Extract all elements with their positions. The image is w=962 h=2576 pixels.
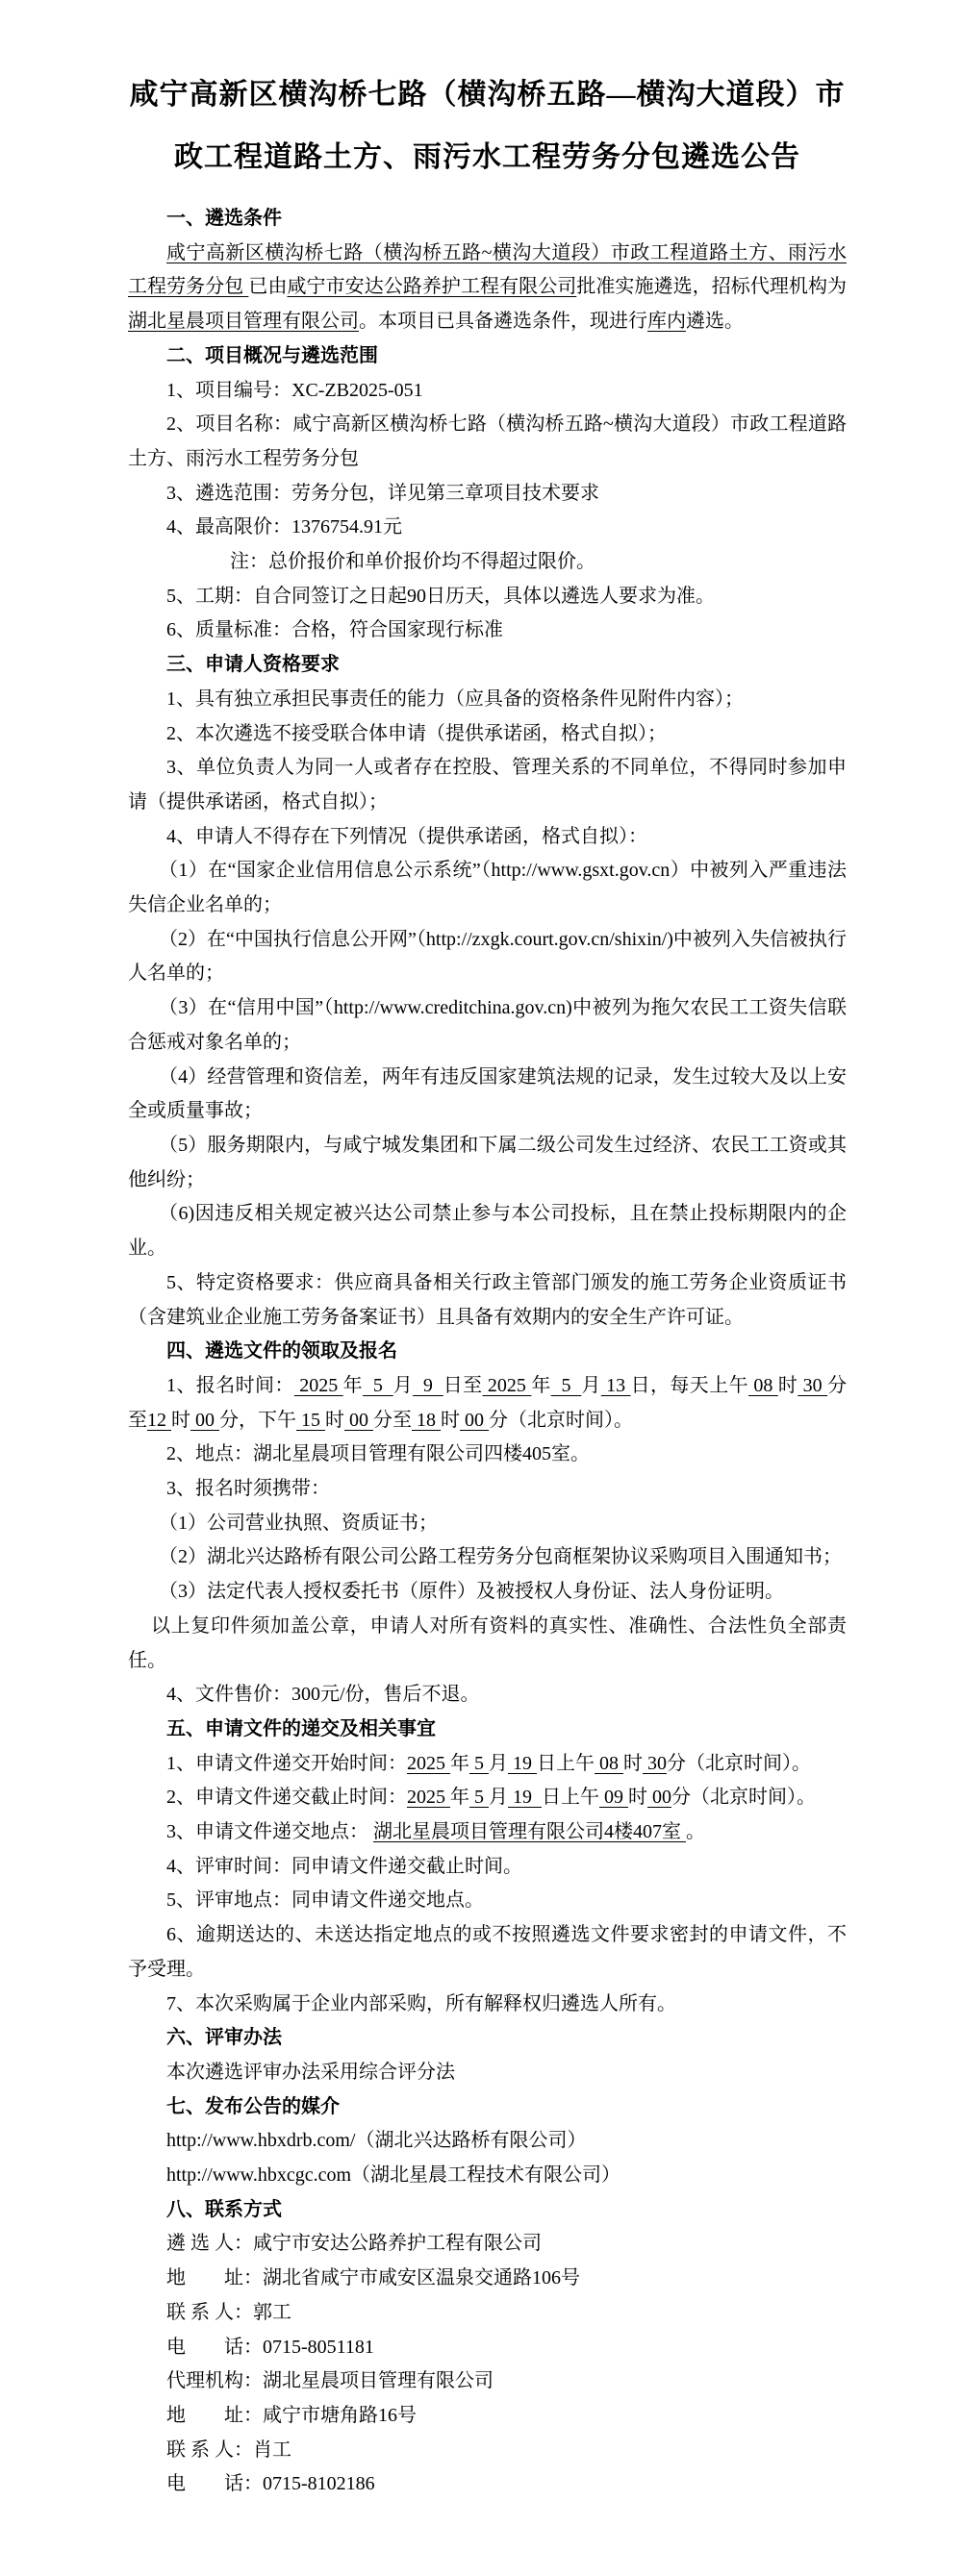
text-run: 分至 [373,1410,412,1431]
paragraph: （5）服务期限内，与咸宁城发集团和下属二级公司发生过经济、农民工工资或其他纠纷； [128,1129,847,1197]
text-run: 2、申请文件递交截止时间： [166,1787,407,1808]
text-run: （2）在“中国执行信息公开网”（http://zxgk.court.gov.cn… [128,929,847,985]
text-run: 。本项目已具备遴选条件，现进行 [359,311,647,332]
underlined-text-run: 9 [413,1375,443,1396]
underlined-text-run: 09 [599,1787,628,1808]
paragraph: （4）经营管理和资信差，两年有违反国家建筑法规的记录，发生过较大及以上安全或质量… [128,1061,847,1129]
text-run: 八、联系方式 [166,2199,282,2220]
document-body: 一、遴选条件咸宁高新区横沟桥七路（横沟桥五路~横沟大道段）市政工程道路土方、雨污… [128,202,847,2502]
paragraph: 注：总价报价和单价报价均不得超过限价。 [128,545,847,580]
paragraph: 5、工期：自合同签订之日起90日历天，具体以遴选人要求为准。 [128,580,847,614]
underlined-text-run: 08 [595,1753,623,1774]
text-run: 注：总价报价和单价报价均不得超过限价。 [230,551,595,572]
text-run: 2、本次遴选不接受联合体申请（提供承诺函，格式自拟）； [166,723,667,744]
paragraph: 2、申请文件递交截止时间：2025 年 5 月 19 日上午 09 时 00分（… [128,1781,847,1815]
paragraph: 5、评审地点：同申请文件递交地点。 [128,1884,847,1918]
text-run: 日上午 [537,1753,595,1774]
paragraph: （3）在“信用中国”（http://www.creditchina.gov.cn… [128,991,847,1060]
paragraph: 3、单位负责人为同一人或者存在控股、管理关系的不同单位，不得同时参加申请（提供承… [128,751,847,819]
text-run: 2、地点：湖北星晨项目管理有限公司四楼405室。 [166,1443,590,1464]
paragraph: 5、特定资格要求：供应商具备相关行政主管部门颁发的施工劳务企业资质证书（含建筑业… [128,1266,847,1335]
text-run: 4、评审时间：同申请文件递交截止时间。 [166,1856,522,1877]
text-run: 日上午 [542,1787,599,1808]
section-heading: 三、申请人资格要求 [128,648,847,683]
document-title-line2: 政工程道路土方、雨污水工程劳务分包遴选公告 [128,126,847,188]
section-heading: 八、联系方式 [128,2193,847,2228]
text-run: 一、遴选条件 [166,208,282,229]
underlined-text-run: 5 [469,1753,489,1774]
underlined-text-run: 2025 [407,1787,450,1808]
paragraph: 6、质量标准：合格，符合国家现行标准 [128,613,847,648]
paragraph: 代理机构：湖北星晨项目管理有限公司 [128,2364,847,2399]
text-run: 时 [325,1410,344,1431]
paragraph: （2）在“中国执行信息公开网”（http://zxgk.court.gov.cn… [128,923,847,991]
text-run: 以上复印件须加盖公章，申请人对所有资料的真实性、准确性、合法性负全部责任。 [128,1615,847,1671]
text-run: 5、评审地点：同申请文件递交地点。 [166,1889,484,1911]
text-run: 3、单位负责人为同一人或者存在控股、管理关系的不同单位，不得同时参加申请（提供承… [128,757,847,813]
text-run: 。 [686,1821,705,1842]
text-run: 4、最高限价：1376754.91元 [166,516,402,538]
text-run: （1）在“国家企业信用信息公示系统”（http://www.gsxt.gov.c… [128,860,847,915]
underlined-text-run: 2025 [483,1375,532,1396]
document-title-line1: 咸宁高新区横沟桥七路（横沟桥五路—横沟大道段）市 [128,63,847,126]
text-run: 七、发布公告的媒介 [166,2096,340,2117]
text-run: 时 [171,1410,190,1431]
text-run: 6、逾期送达的、未送达指定地点的或不按照遴选文件要求密封的申请文件，不予受理。 [128,1924,847,1980]
text-run: 四、遴选文件的领取及报名 [166,1340,397,1362]
text-run: 1、申请文件递交开始时间： [166,1753,407,1774]
section-heading: 四、遴选文件的领取及报名 [128,1335,847,1369]
text-run: 3、遴选范围：劳务分包，详见第三章项目技术要求 [166,483,599,504]
underlined-text-run: 19 [508,1753,537,1774]
text-run: 时 [628,1787,647,1808]
text-run: 二、项目概况与遴选范围 [166,345,378,366]
text-run: （6)因违反相关规定被兴达公司禁止参与本公司投标，且在禁止投标期限内的企业。 [128,1203,847,1259]
text-run: 代理机构：湖北星晨项目管理有限公司 [166,2370,494,2391]
paragraph: 2、本次遴选不接受联合体申请（提供承诺函，格式自拟）； [128,717,847,752]
text-run: 分（北京时间）。 [667,1753,811,1774]
paragraph: （3）法定代表人授权委托书（原件）及被授权人身份证、法人身份证明。 [128,1575,847,1610]
section-heading: 一、遴选条件 [128,202,847,237]
paragraph: 1、申请文件递交开始时间：2025 年 5 月 19 日上午 08 时 30分（… [128,1747,847,1782]
paragraph: （1）公司营业执照、资质证书； [128,1507,847,1541]
text-run: （4）经营管理和资信差，两年有违反国家建筑法规的记录，发生过较大及以上安全或质量… [128,1066,847,1122]
paragraph: http://www.hbxcgc.com（湖北星晨工程技术有限公司） [128,2159,847,2193]
text-run: 4、文件售价：300元/份，售后不退。 [166,1684,480,1705]
underlined-text-run: 00 [460,1410,489,1431]
paragraph: 联 系 人：肖工 [128,2434,847,2468]
text-run: （2）湖北兴达路桥有限公司公路工程劳务分包商框架协议采购项目入围通知书； [159,1546,842,1567]
paragraph: （1）在“国家企业信用信息公示系统”（http://www.gsxt.gov.c… [128,854,847,922]
text-run: 遴选。 [686,311,744,332]
text-run: http://www.hbxdrb.com/（湖北兴达路桥有限公司） [166,2130,586,2151]
text-run: 分（北京时间）。 [489,1410,633,1431]
underlined-text-run: 00 [647,1787,671,1808]
text-run: 月 [393,1375,413,1396]
text-run: 时 [623,1753,643,1774]
paragraph: （6)因违反相关规定被兴达公司禁止参与本公司投标，且在禁止投标期限内的企业。 [128,1197,847,1265]
text-run: （3）在“信用中国”（http://www.creditchina.gov.cn… [128,997,847,1053]
text-run: （3）法定代表人授权委托书（原件）及被授权人身份证、法人身份证明。 [159,1581,784,1602]
paragraph: 3、报名时须携带： [128,1472,847,1507]
paragraph: （2）湖北兴达路桥有限公司公路工程劳务分包商框架协议采购项目入围通知书； [128,1540,847,1575]
underlined-text-run: 30 [643,1753,667,1774]
text-run: 地 址：咸宁市塘角路16号 [166,2405,417,2426]
section-heading: 二、项目概况与遴选范围 [128,339,847,374]
paragraph: 4、评审时间：同申请文件递交截止时间。 [128,1850,847,1885]
paragraph: 3、遴选范围：劳务分包，详见第三章项目技术要求 [128,477,847,512]
section-heading: 五、申请文件的递交及相关事宜 [128,1713,847,1747]
underlined-text-run: 15 [296,1410,325,1431]
text-run: 6、质量标准：合格，符合国家现行标准 [166,619,503,640]
text-run: 已由 [248,276,287,297]
underlined-text-run: 库内 [647,311,686,332]
text-run: 年 [450,1753,469,1774]
underlined-text-run: 00 [190,1410,219,1431]
text-run: 三、申请人资格要求 [166,654,340,675]
text-run: 5、工期：自合同签订之日起90日历天，具体以遴选人要求为准。 [166,586,715,607]
underlined-text-run: 2025 [407,1753,450,1774]
paragraph: 电 话：0715-8102186 [128,2467,847,2502]
text-run: 联 系 人：肖工 [166,2439,291,2461]
paragraph: 6、逾期送达的、未送达指定地点的或不按照遴选文件要求密封的申请文件，不予受理。 [128,1918,847,1987]
section-heading: 六、评审办法 [128,2021,847,2056]
underlined-text-run: 5 [551,1375,582,1396]
paragraph: 3、申请文件递交地点： 湖北星晨项目管理有限公司4楼407室 。 [128,1815,847,1850]
text-run: 分（北京时间）。 [671,1787,816,1808]
paragraph: 7、本次采购属于企业内部采购，所有解释权归遴选人所有。 [128,1988,847,2022]
paragraph: 4、文件售价：300元/份，售后不退。 [128,1678,847,1713]
paragraph: 以上复印件须加盖公章，申请人对所有资料的真实性、准确性、合法性负全部责任。 [128,1610,847,1678]
text-run: 批准实施遴选，招标代理机构为 [576,276,847,297]
underlined-text-run: 19 [508,1787,542,1808]
text-run: 时 [778,1375,797,1396]
paragraph: 地 址：咸宁市塘角路16号 [128,2399,847,2434]
text-run: 2、项目名称：咸宁高新区横沟桥七路（横沟桥五路~横沟大道段）市政工程道路土方、雨… [128,413,847,469]
text-run: 年 [531,1375,550,1396]
paragraph: 地 址：湖北省咸宁市咸安区温泉交通路106号 [128,2262,847,2296]
document-title: 咸宁高新区横沟桥七路（横沟桥五路—横沟大道段）市 政工程道路土方、雨污水工程劳务… [128,63,847,188]
text-run: 月 [581,1375,600,1396]
text-run: 分，下午 [219,1410,296,1431]
text-run: 1、项目编号：XC-ZB2025-051 [166,380,423,401]
underlined-text-run: 30 [797,1375,827,1396]
paragraph: 遴 选 人：咸宁市安达公路养护工程有限公司 [128,2227,847,2262]
underlined-text-run: 13 [601,1375,631,1396]
text-run: 时 [441,1410,460,1431]
text-run: 本次遴选评审办法采用综合评分法 [166,2062,455,2083]
paragraph: 1、报名时间： 2025 年 5 月 9 日至 2025 年 5 月 13 日，… [128,1369,847,1438]
paragraph: http://www.hbxdrb.com/（湖北兴达路桥有限公司） [128,2124,847,2159]
text-run: 7、本次采购属于企业内部采购，所有解释权归遴选人所有。 [166,1993,676,2014]
underlined-text-run: 咸宁市安达公路养护工程有限公司 [288,276,577,297]
paragraph: 电 话：0715-8051181 [128,2331,847,2365]
text-run: 3、申请文件递交地点： [166,1821,373,1842]
text-run: （1）公司营业执照、资质证书； [159,1513,438,1534]
underlined-text-run: 5 [363,1375,393,1396]
paragraph: 4、最高限价：1376754.91元 [128,511,847,545]
paragraph: 1、项目编号：XC-ZB2025-051 [128,374,847,409]
underlined-text-run: 18 [412,1410,441,1431]
text-run: 月 [489,1753,508,1774]
text-run: 电 话：0715-8051181 [166,2337,374,2358]
text-run: 月 [489,1787,508,1808]
paragraph: 4、申请人不得存在下列情况（提供承诺函，格式自拟）： [128,820,847,855]
underlined-text-run: 湖北星晨项目管理有限公司 [128,311,359,332]
text-run: 3、报名时须携带： [166,1478,330,1499]
text-run: 年 [450,1787,469,1808]
text-run: 1、报名时间： [166,1375,294,1396]
paragraph: 联 系 人：郭工 [128,2296,847,2331]
underlined-text-run: 12 [147,1410,171,1431]
underlined-text-run: 00 [344,1410,373,1431]
text-run: 日，每天上午 [631,1375,748,1396]
text-run: 地 址：湖北省咸宁市咸安区温泉交通路106号 [166,2267,580,2288]
text-run: http://www.hbxcgc.com（湖北星晨工程技术有限公司） [166,2164,620,2186]
announcement-document: 咸宁高新区横沟桥七路（横沟桥五路—横沟大道段）市 政工程道路土方、雨污水工程劳务… [0,0,962,2576]
text-run: 1、具有独立承担民事责任的能力（应具备的资格条件见附件内容）； [166,688,744,710]
section-heading: 七、发布公告的媒介 [128,2090,847,2125]
paragraph: 2、地点：湖北星晨项目管理有限公司四楼405室。 [128,1438,847,1472]
underlined-text-run: 2025 [294,1375,343,1396]
paragraph: 1、具有独立承担民事责任的能力（应具备的资格条件见附件内容）； [128,683,847,717]
text-run: 5、特定资格要求：供应商具备相关行政主管部门颁发的施工劳务企业资质证书（含建筑业… [128,1272,847,1328]
text-run: 六、评审办法 [166,2027,282,2048]
paragraph: 2、项目名称：咸宁高新区横沟桥七路（横沟桥五路~横沟大道段）市政工程道路土方、雨… [128,408,847,476]
underlined-text-run: 5 [469,1787,489,1808]
text-run: 联 系 人：郭工 [166,2302,291,2323]
text-run: 遴 选 人：咸宁市安达公路养护工程有限公司 [166,2233,542,2254]
underlined-text-run: 湖北星晨项目管理有限公司4楼407室 [373,1821,686,1842]
text-run: 日至 [443,1375,483,1396]
paragraph: 本次遴选评审办法采用综合评分法 [128,2056,847,2090]
text-run: 电 话：0715-8102186 [166,2473,375,2494]
text-run: 五、申请文件的递交及相关事宜 [166,1718,436,1739]
underlined-text-run: 08 [748,1375,778,1396]
text-run: 年 [343,1375,363,1396]
text-run: 4、申请人不得存在下列情况（提供承诺函，格式自拟）： [166,826,647,847]
text-run: （5）服务期限内，与咸宁城发集团和下属二级公司发生过经济、农民工工资或其他纠纷； [128,1135,847,1190]
paragraph: 咸宁高新区横沟桥七路（横沟桥五路~横沟大道段）市政工程道路土方、雨污水工程劳务分… [128,237,847,339]
